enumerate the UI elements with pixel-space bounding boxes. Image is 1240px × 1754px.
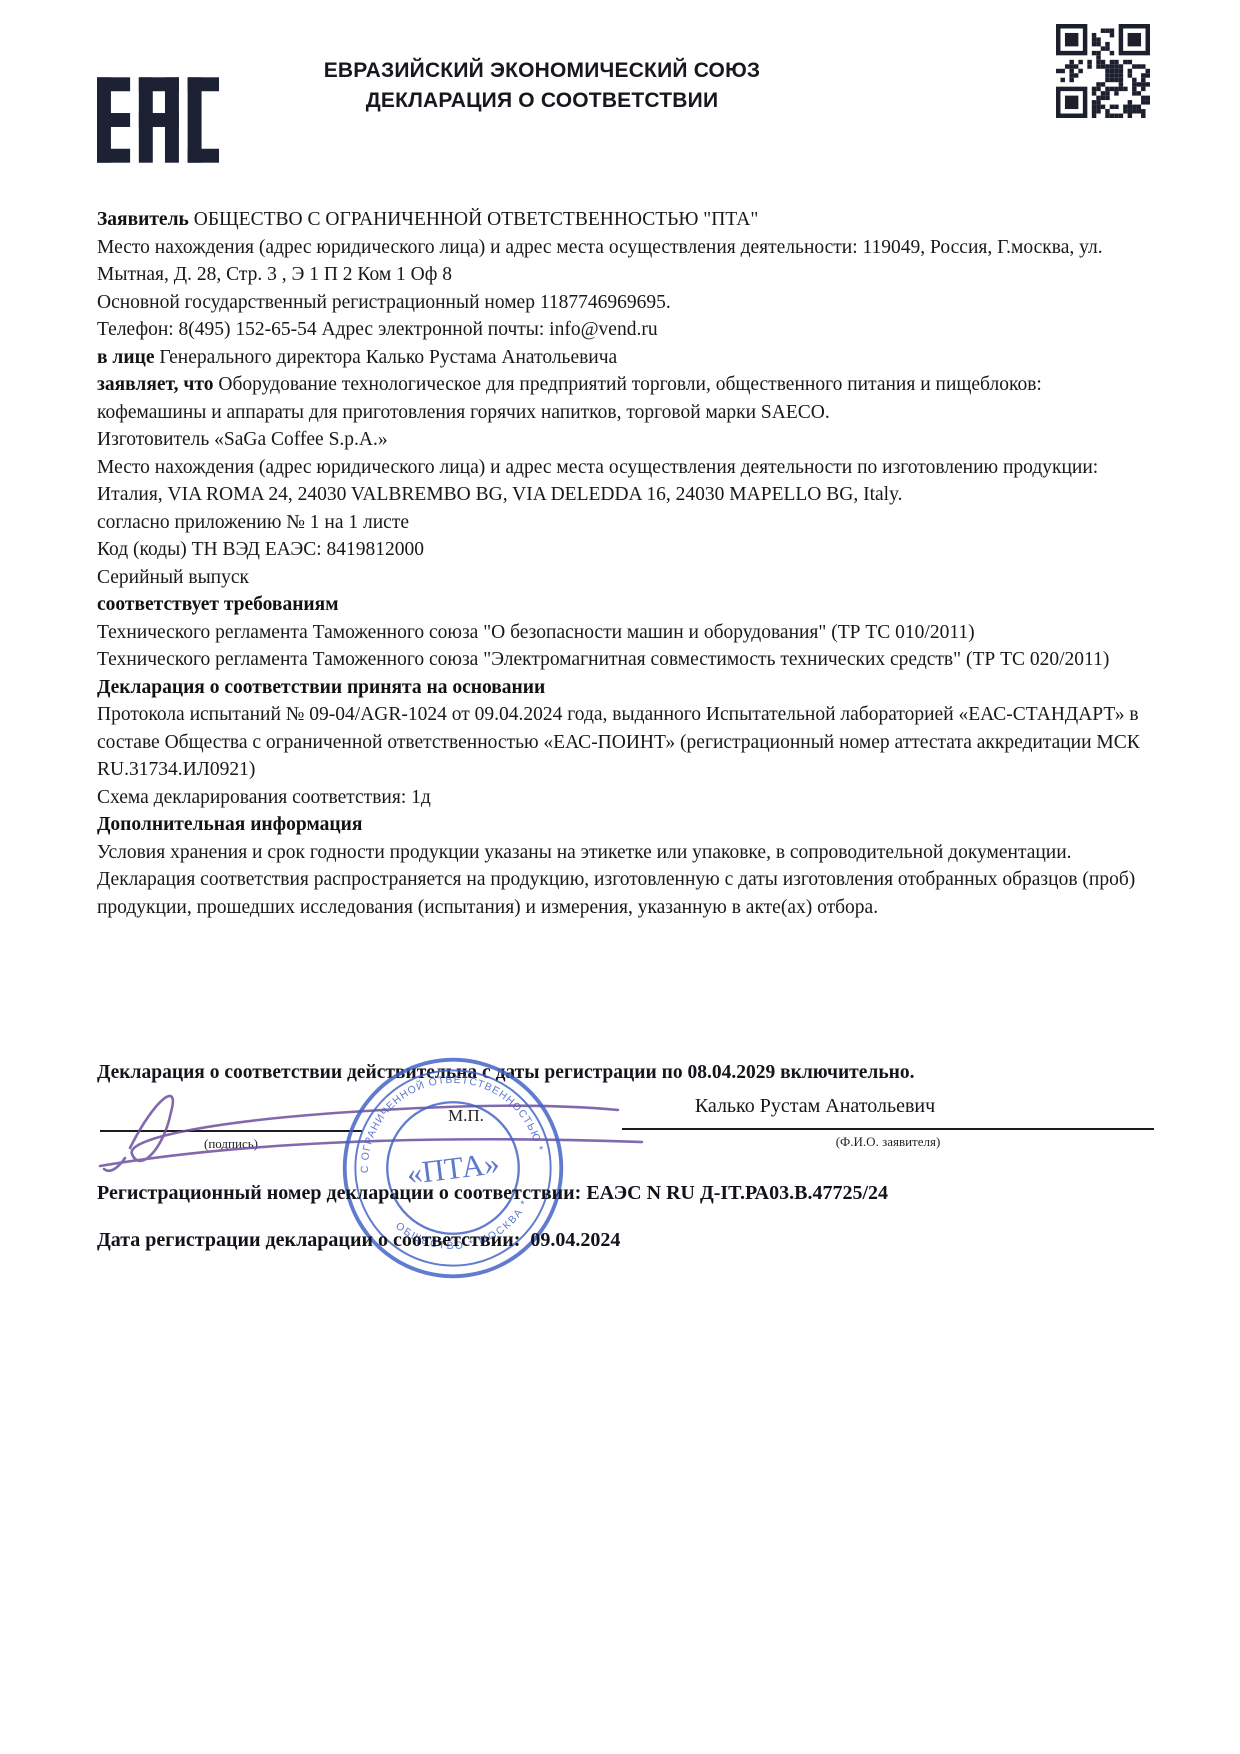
registration-date-line: Дата регистрации декларации о соответств… [97, 1229, 1155, 1252]
scheme-line: Схема декларирования соответствия: 1д [97, 784, 1155, 812]
applicant-label: Заявитель [97, 209, 189, 230]
in-person-line: в лице Генерального директора Калько Рус… [97, 344, 1155, 372]
stamp-ring-text-top: С ОГРАНИЧЕННОЙ ОТВЕТСТВЕННОСТЬЮ * ОГРН 1… [324, 1039, 545, 1181]
eac-logo [97, 70, 219, 170]
declares-line: заявляет, что Оборудование технологическ… [97, 371, 1155, 426]
complies-label: соответствует требованиям [97, 594, 339, 615]
declares-value: Оборудование технологическое для предпри… [97, 374, 1042, 423]
reg-date-value: 09.04.2024 [530, 1229, 620, 1251]
signature-line [100, 1130, 362, 1132]
validity-statement: Декларация о соответствии действительна … [97, 1062, 1155, 1084]
reg-number-label: Регистрационный номер декларации о соотв… [97, 1182, 581, 1204]
declaration-body: Заявитель ОБЩЕСТВО С ОГРАНИЧЕННОЙ ОТВЕТС… [97, 206, 1155, 921]
applicant-fio: Калько Рустам Анатольевич [540, 1095, 1090, 1118]
additional-heading: Дополнительная информация [97, 811, 1155, 839]
applicant-value: ОБЩЕСТВО С ОГРАНИЧЕННОЙ ОТВЕТСТВЕННОСТЬЮ… [194, 209, 759, 230]
ogrn-line: Основной государственный регистрационный… [97, 289, 1155, 317]
title-line-2: ДЕКЛАРАЦИЯ О СООТВЕТСТВИИ [242, 86, 842, 116]
additional-label: Дополнительная информация [97, 814, 362, 835]
regulation-1: Технического регламента Таможенного союз… [97, 619, 1155, 647]
in-person-label: в лице [97, 347, 154, 368]
annex-line: согласно приложению № 1 на 1 листе [97, 509, 1155, 537]
in-person-value: Генерального директора Калько Рустама Ан… [159, 347, 617, 368]
basis-label: Декларация о соответствии принята на осн… [97, 677, 545, 698]
fio-caption: (Ф.И.О. заявителя) [622, 1134, 1154, 1150]
complies-heading: соответствует требованиям [97, 591, 1155, 619]
phone-line: Телефон: 8(495) 152-65-54 Адрес электрон… [97, 316, 1155, 344]
svg-text:С ОГРАНИЧЕННОЙ ОТВЕТСТВЕННОСТЬ: С ОГРАНИЧЕННОЙ ОТВЕТСТВЕННОСТЬЮ * ОГРН 1… [324, 1039, 545, 1181]
document-page: ЕВРАЗИЙСКИЙ ЭКОНОМИЧЕСКИЙ СОЮЗ ДЕКЛАРАЦИ… [0, 0, 1240, 1754]
title-line-1: ЕВРАЗИЙСКИЙ ЭКОНОМИЧЕСКИЙ СОЮЗ [242, 56, 842, 86]
handwritten-signature [70, 1070, 690, 1180]
document-title: ЕВРАЗИЙСКИЙ ЭКОНОМИЧЕСКИЙ СОЮЗ ДЕКЛАРАЦИ… [242, 56, 842, 116]
fio-line [622, 1128, 1154, 1130]
reg-date-label: Дата регистрации декларации о соответств… [97, 1229, 520, 1251]
basis-heading: Декларация о соответствии принята на осн… [97, 674, 1155, 702]
applicant-line: Заявитель ОБЩЕСТВО С ОГРАНИЧЕННОЙ ОТВЕТС… [97, 206, 1155, 234]
manufacturer-address: Место нахождения (адрес юридического лиц… [97, 454, 1155, 509]
declares-label: заявляет, что [97, 374, 214, 395]
signature-caption: (подпись) [156, 1136, 306, 1152]
reg-number-value: ЕАЭС N RU Д-IT.РА03.В.47725/24 [586, 1182, 888, 1204]
regulation-2: Технического регламента Таможенного союз… [97, 646, 1155, 674]
applicant-address: Место нахождения (адрес юридического лиц… [97, 234, 1155, 289]
serial-line: Серийный выпуск [97, 564, 1155, 592]
tnved-line: Код (коды) ТН ВЭД ЕАЭС: 8419812000 [97, 536, 1155, 564]
qr-code-icon [1056, 24, 1150, 118]
manufacturer-line: Изготовитель «SaGa Coffee S.p.A.» [97, 426, 1155, 454]
mp-label: М.П. [448, 1106, 484, 1126]
basis-text: Протокола испытаний № 09-04/AGR-1024 от … [97, 701, 1155, 784]
additional-text: Условия хранения и срок годности продукц… [97, 839, 1155, 922]
registration-number-line: Регистрационный номер декларации о соотв… [97, 1182, 1155, 1205]
